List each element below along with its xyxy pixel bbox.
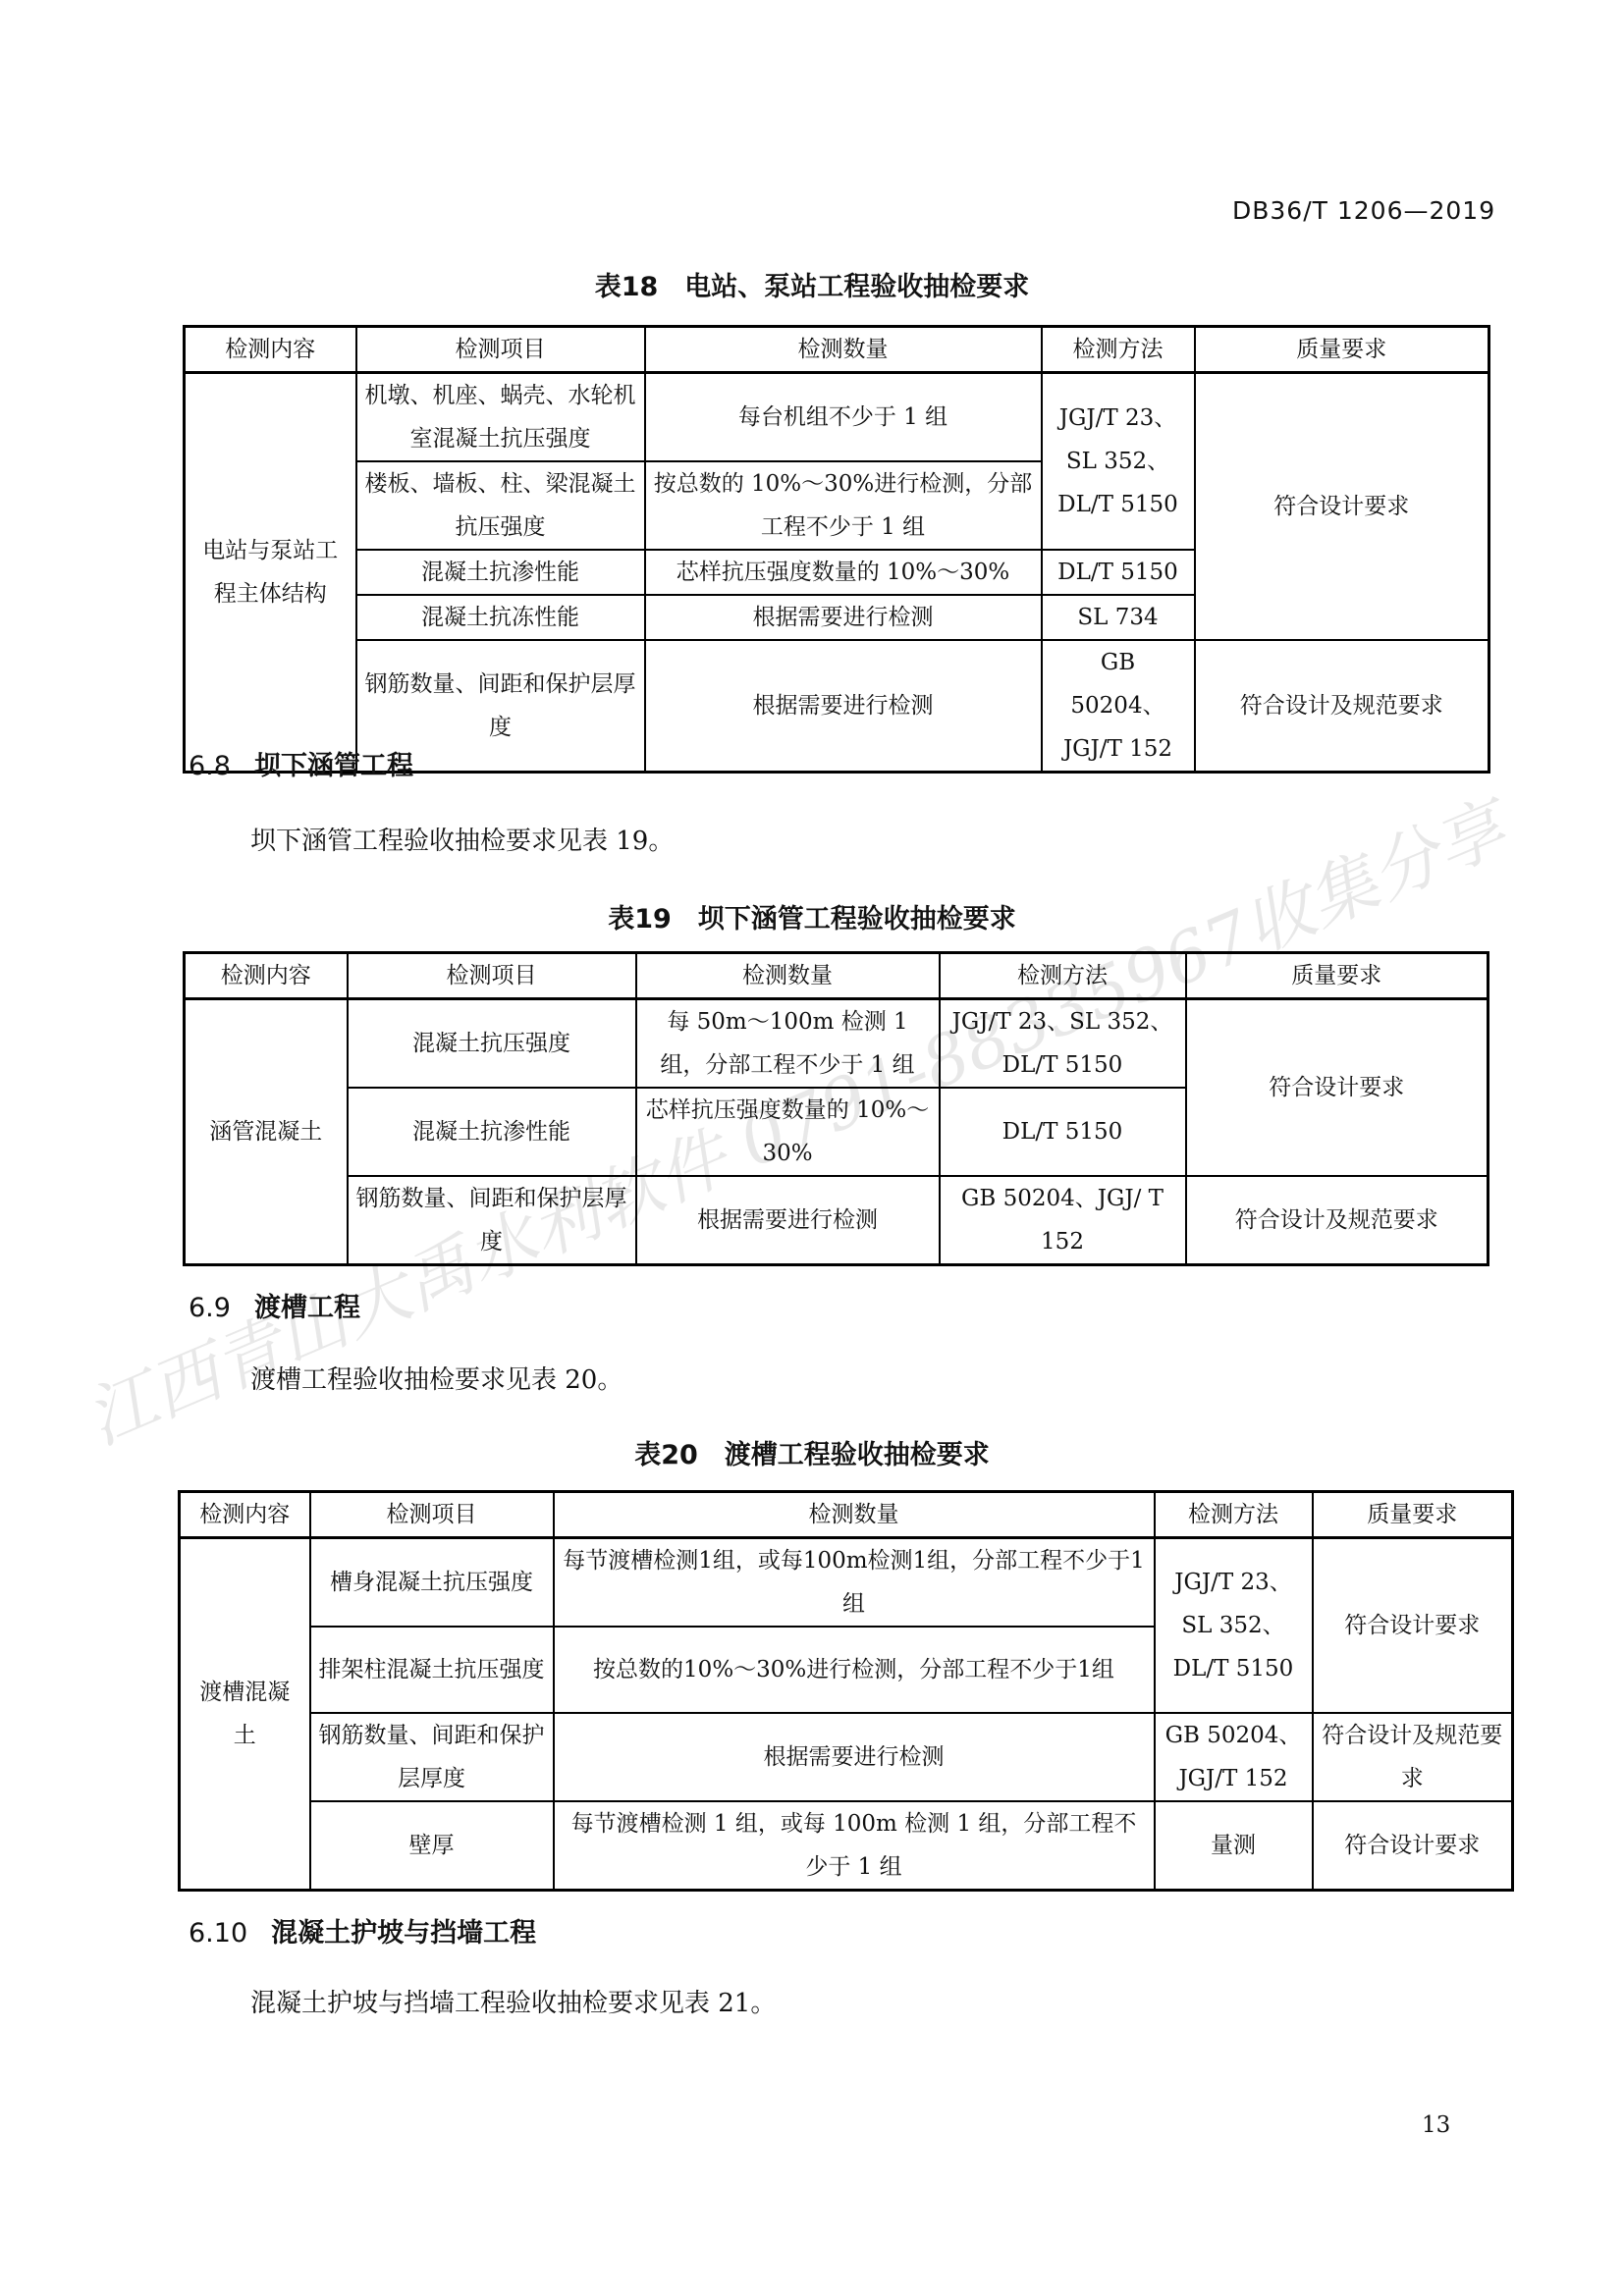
item-cell: 机墩、机座、蜗壳、水轮机室混凝土抗压强度 (356, 373, 645, 462)
section-title: 渡槽工程 (254, 1293, 360, 1323)
item-cell: 钢筋数量、间距和保护层厚度 (310, 1713, 554, 1801)
col-header: 检测数量 (645, 327, 1042, 373)
quantity-cell: 芯样抗压强度数量的 10%～30% (636, 1088, 940, 1176)
quantity-cell: 根据需要进行检测 (554, 1713, 1155, 1801)
col-header: 检测项目 (356, 327, 645, 373)
standard-number: DB36/T 1206—2019 (1232, 196, 1495, 225)
quantity-cell: 芯样抗压强度数量的 10%～30% (645, 550, 1042, 595)
item-cell: 楼板、墙板、柱、梁混凝土抗压强度 (356, 461, 645, 550)
table20: 检测内容 检测项目 检测数量 检测方法 质量要求 渡槽混凝土 槽身混凝土抗压强度… (178, 1490, 1514, 1892)
method-cell: JGJ/T 23、SL 352、DL/T 5150 (940, 999, 1186, 1089)
quantity-cell: 每节渡槽检测 1 组，或每 100m 检测 1 组，分部工程不少于 1 组 (554, 1801, 1155, 1891)
section-number: 6.8 (189, 751, 231, 781)
quantity-cell: 按总数的 10%～30%进行检测，分部工程不少于 1 组 (645, 461, 1042, 550)
item-cell: 钢筋数量、间距和保护层厚度 (348, 1176, 636, 1265)
requirement-cell: 符合设计要求 (1313, 1538, 1513, 1714)
requirement-cell: 符合设计及规范要求 (1313, 1713, 1513, 1801)
method-cell: 量测 (1155, 1801, 1313, 1891)
section-6-10-heading: 6.10混凝土护坡与挡墙工程 (189, 1911, 536, 1949)
col-header: 检测方法 (1155, 1492, 1313, 1538)
col-header: 检测内容 (180, 1492, 310, 1538)
col-header: 质量要求 (1195, 327, 1489, 373)
section-number: 6.10 (189, 1918, 247, 1949)
quantity-cell: 根据需要进行检测 (636, 1176, 940, 1265)
col-header: 检测内容 (185, 327, 356, 373)
section-6-10-paragraph: 混凝土护坡与挡墙工程验收抽检要求见表 21。 (250, 1983, 776, 2019)
col-header: 检测方法 (940, 953, 1186, 999)
col-header: 检测项目 (310, 1492, 554, 1538)
col-header: 检测数量 (554, 1492, 1155, 1538)
requirement-cell: 符合设计要求 (1186, 999, 1489, 1177)
method-cell: GB 50204、JGJ/T 152 (1155, 1713, 1313, 1801)
col-header: 检测内容 (185, 953, 348, 999)
item-cell: 混凝土抗渗性能 (348, 1088, 636, 1176)
col-header: 质量要求 (1186, 953, 1489, 999)
quantity-cell: 每台机组不少于 1 组 (645, 373, 1042, 462)
item-cell: 混凝土抗渗性能 (356, 550, 645, 595)
table19-caption: 表19 坝下涵管工程验收抽检要求 (0, 897, 1624, 935)
section-number: 6.9 (189, 1293, 231, 1323)
quantity-cell: 每 50m～100m 检测 1 组，分部工程不少于 1 组 (636, 999, 940, 1089)
table18-caption: 表18 电站、泵站工程验收抽检要求 (0, 265, 1624, 303)
method-cell: JGJ/T 23、SL 352、DL/T 5150 (1155, 1538, 1313, 1714)
quantity-cell: 按总数的10%～30%进行检测，分部工程不少于1组 (554, 1627, 1155, 1713)
quantity-cell: 根据需要进行检测 (645, 595, 1042, 640)
method-cell: DL/T 5150 (940, 1088, 1186, 1176)
section-6-8-heading: 6.8坝下涵管工程 (189, 744, 413, 782)
section-6-9-heading: 6.9渡槽工程 (189, 1286, 360, 1324)
item-cell: 壁厚 (310, 1801, 554, 1891)
col-header: 检测数量 (636, 953, 940, 999)
table19: 检测内容 检测项目 检测数量 检测方法 质量要求 涵管混凝土 混凝土抗压强度 每… (183, 951, 1489, 1266)
method-cell: GB 50204、JGJ/ T 152 (940, 1176, 1186, 1265)
table20-caption: 表20 渡槽工程验收抽检要求 (0, 1433, 1624, 1471)
section-6-9-paragraph: 渡槽工程验收抽检要求见表 20。 (250, 1360, 623, 1396)
content-cell: 电站与泵站工程主体结构 (185, 373, 356, 773)
requirement-cell: 符合设计要求 (1313, 1801, 1513, 1891)
section-title: 坝下涵管工程 (254, 751, 413, 781)
col-header: 检测项目 (348, 953, 636, 999)
item-cell: 槽身混凝土抗压强度 (310, 1538, 554, 1628)
section-title: 混凝土护坡与挡墙工程 (271, 1918, 536, 1949)
content-cell: 渡槽混凝土 (180, 1538, 310, 1891)
method-cell: SL 734 (1042, 595, 1195, 640)
method-cell: DL/T 5150 (1042, 550, 1195, 595)
item-cell: 排架柱混凝土抗压强度 (310, 1627, 554, 1713)
requirement-cell: 符合设计要求 (1195, 373, 1489, 641)
col-header: 质量要求 (1313, 1492, 1513, 1538)
table18: 检测内容 检测项目 检测数量 检测方法 质量要求 电站与泵站工程主体结构 机墩、… (183, 325, 1490, 774)
method-cell: GB 50204、JGJ/T 152 (1042, 640, 1195, 773)
requirement-cell: 符合设计及规范要求 (1195, 640, 1489, 773)
item-cell: 混凝土抗压强度 (348, 999, 636, 1089)
item-cell: 混凝土抗冻性能 (356, 595, 645, 640)
method-cell: JGJ/T 23、SL 352、DL/T 5150 (1042, 373, 1195, 551)
content-cell: 涵管混凝土 (185, 999, 348, 1265)
col-header: 检测方法 (1042, 327, 1195, 373)
quantity-cell: 每节渡槽检测1组，或每100m检测1组，分部工程不少于1组 (554, 1538, 1155, 1628)
requirement-cell: 符合设计及规范要求 (1186, 1176, 1489, 1265)
page-number: 13 (1422, 2112, 1450, 2138)
quantity-cell: 根据需要进行检测 (645, 640, 1042, 773)
section-6-8-paragraph: 坝下涵管工程验收抽检要求见表 19。 (250, 821, 674, 857)
